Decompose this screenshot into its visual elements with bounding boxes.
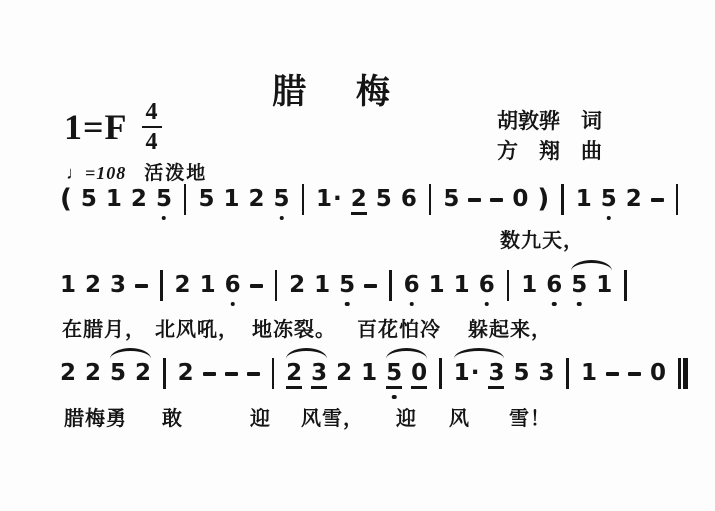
note: 2 [135, 358, 151, 388]
note-digit: 6 [546, 270, 562, 300]
note-digit: 2 [286, 360, 302, 389]
low-octave-dot [392, 395, 397, 400]
note-digit: 0 [650, 358, 666, 388]
note-digit: 2 [85, 270, 101, 300]
duration-dash [606, 372, 619, 376]
note: 5 [601, 184, 617, 214]
augmentation-dot: · [333, 186, 342, 212]
note: 1 [429, 270, 445, 300]
note-digit: 6 [404, 270, 420, 300]
note: 6 [546, 270, 562, 300]
note: 5 [110, 358, 126, 388]
lyric-segment: 敢 [162, 402, 183, 431]
time-signature-denominator: 4 [146, 128, 158, 154]
time-signature-numerator: 4 [142, 100, 162, 128]
note-digit: 6 [225, 270, 241, 300]
slur-group: 50 [386, 358, 427, 389]
note: 2 [85, 358, 101, 388]
lyrics-line-2: 在腊月，北风吼，地冻裂。百花怕冷躲起来， [0, 313, 715, 339]
note: 6 [404, 270, 420, 300]
low-octave-dot [409, 302, 414, 307]
note: 5 [376, 184, 392, 214]
note: 6 [401, 184, 417, 214]
note: 3 [538, 358, 554, 388]
note-digit: 5 [376, 184, 392, 214]
note: 1 [521, 270, 537, 300]
lyric-segment: 雪！ [509, 402, 551, 431]
duration-dash [490, 198, 503, 202]
note-digit: 2 [135, 358, 151, 388]
barline [429, 184, 432, 215]
note-digit: 1 [314, 270, 330, 300]
note-digit: 2 [351, 186, 367, 215]
lyric-segment: 风雪， [301, 402, 364, 431]
key-signature-row: 1=F 4 4 [64, 100, 162, 154]
barline [163, 358, 166, 389]
note: 0 [512, 184, 528, 214]
note-digit: 5 [274, 184, 290, 214]
music-line-2: 12321621561161651 [60, 270, 630, 304]
slur-group: 51 [571, 270, 612, 300]
note: 5 [339, 270, 355, 300]
note-digit: 2 [175, 270, 191, 300]
note-digit: 5 [571, 270, 587, 300]
note-digit: 3 [110, 270, 126, 300]
music-line-1: (512551251·25650)152 [60, 184, 681, 218]
barline [275, 270, 278, 301]
note-digit: 2 [626, 184, 642, 214]
note: 1 [576, 184, 592, 214]
note: 5 [81, 184, 97, 214]
note: 1 [60, 270, 76, 300]
note-digit: 2 [289, 270, 305, 300]
note: 2 [131, 184, 147, 214]
parenthesis: ( [60, 184, 72, 214]
note-digit: 1 [596, 270, 612, 300]
lyric-segment: 风 [449, 402, 470, 431]
note: 3 [110, 270, 126, 300]
note: 2 [60, 358, 76, 388]
note-digit: 3 [538, 358, 554, 388]
lyric-segment: 腊梅勇 [64, 402, 127, 431]
final-barline [678, 358, 688, 389]
sheet-music-page: 腊 梅 1=F 4 4 胡敦骅 词 方 翔 曲 ♩=108 活泼地 (51255… [0, 0, 715, 511]
note-digit: 0 [411, 360, 427, 389]
note: 2 [178, 358, 194, 388]
low-octave-dot [484, 302, 489, 307]
duration-dash [135, 284, 148, 288]
barline [302, 184, 305, 215]
lyric-segment: 躲起来， [468, 313, 552, 342]
barline [439, 358, 442, 389]
note: 6 [225, 270, 241, 300]
duration-dash [468, 198, 481, 202]
note: 5 [571, 270, 587, 300]
parenthesis: ) [537, 184, 549, 214]
note: 1· [454, 358, 480, 389]
note-digit: 1 [454, 358, 470, 388]
lyric-segment: 迎 [250, 402, 271, 431]
note-digit: 5 [156, 184, 172, 214]
note: 5 [156, 184, 172, 214]
note-digit: 5 [81, 184, 97, 214]
note-digit: 6 [401, 184, 417, 214]
note: 2 [248, 184, 264, 214]
credits-block: 胡敦骅 词 方 翔 曲 [497, 106, 637, 167]
note: 2 [336, 358, 352, 388]
lyricist-credit: 胡敦骅 词 [497, 106, 637, 136]
note: 1 [314, 270, 330, 300]
note: 5 [198, 184, 214, 214]
low-octave-dot [607, 216, 612, 221]
note-digit: 1 [223, 184, 239, 214]
barline [507, 270, 510, 301]
slur-group: 23 [286, 358, 327, 389]
note-digit: 1 [581, 358, 597, 388]
low-octave-dot [279, 216, 284, 221]
note-digit: 1 [429, 270, 445, 300]
tempo-marking: ♩=108 [66, 163, 126, 184]
note: 2 [286, 358, 302, 389]
note: 3 [488, 358, 504, 389]
note: 3 [311, 358, 327, 389]
note: 1 [223, 184, 239, 214]
duration-dash [651, 198, 664, 202]
note-digit: 1 [361, 358, 377, 388]
note-digit: 5 [110, 358, 126, 388]
quarter-note-icon: ♩ [66, 163, 85, 183]
note: 0 [411, 358, 427, 389]
note: 0 [650, 358, 666, 388]
barline [676, 184, 679, 215]
note-digit: 1 [576, 184, 592, 214]
augmentation-dot: · [471, 360, 480, 386]
low-octave-dot [577, 302, 582, 307]
note: 5 [513, 358, 529, 388]
lyric-segment: 迎 [396, 402, 417, 431]
low-octave-dot [345, 302, 350, 307]
note: 2 [175, 270, 191, 300]
duration-dash [250, 284, 263, 288]
note: 5 [386, 358, 402, 389]
note: 1 [361, 358, 377, 388]
barline [561, 184, 564, 215]
lyric-segment: 地冻裂。 [252, 313, 336, 342]
note-digit: 2 [131, 184, 147, 214]
note-digit: 2 [178, 358, 194, 388]
slur-group: 52 [110, 358, 151, 388]
key-signature: 1=F [64, 106, 128, 148]
duration-dash [364, 284, 377, 288]
lyric-segment: 数九天， [500, 224, 584, 253]
note-digit: 5 [443, 184, 459, 214]
lyrics-line-3: 腊梅勇敢迎风雪，迎风雪！ [0, 402, 715, 428]
note-digit: 1 [454, 270, 470, 300]
note: 1 [596, 270, 612, 300]
note: 1 [581, 358, 597, 388]
composer-credit: 方 翔 曲 [497, 136, 637, 166]
note-digit: 3 [311, 360, 327, 389]
note-digit: 2 [85, 358, 101, 388]
barline [160, 270, 163, 301]
low-octave-dot [552, 302, 557, 307]
barline [389, 270, 392, 301]
lyric-segment: 北风吼， [155, 313, 239, 342]
tempo-bpm: =108 [85, 163, 126, 183]
lyric-segment: 在腊月， [62, 313, 146, 342]
note-digit: 5 [601, 184, 617, 214]
note-digit: 1 [521, 270, 537, 300]
duration-dash [203, 372, 216, 376]
note: 1 [454, 270, 470, 300]
note-digit: 3 [488, 360, 504, 389]
note-digit: 0 [512, 184, 528, 214]
note-digit: 1 [60, 270, 76, 300]
note-digit: 5 [386, 360, 402, 389]
note: 2 [351, 184, 367, 215]
note-digit: 5 [339, 270, 355, 300]
barline [624, 270, 627, 301]
note: 6 [479, 270, 495, 300]
expression-marking: 活泼地 [144, 158, 207, 185]
note: 2 [626, 184, 642, 214]
note: 5 [443, 184, 459, 214]
barline [566, 358, 569, 389]
note: 5 [274, 184, 290, 214]
tempo-row: ♩=108 活泼地 [66, 158, 207, 185]
note-digit: 5 [513, 358, 529, 388]
note-digit: 2 [248, 184, 264, 214]
low-octave-dot [230, 302, 235, 307]
note: 1 [106, 184, 122, 214]
note-digit: 2 [60, 358, 76, 388]
lyrics-line-1: 数九天， [0, 224, 715, 250]
time-signature: 4 4 [142, 100, 162, 154]
note-digit: 1 [106, 184, 122, 214]
slur-group: 1·3 [454, 358, 505, 389]
note-digit: 5 [198, 184, 214, 214]
duration-dash [628, 372, 641, 376]
note: 2 [85, 270, 101, 300]
note-digit: 6 [479, 270, 495, 300]
barline [272, 358, 275, 389]
barline [184, 184, 187, 215]
note-digit: 2 [336, 358, 352, 388]
lyric-segment: 百花怕冷 [357, 313, 441, 342]
note-digit: 1 [200, 270, 216, 300]
note-digit: 1 [316, 184, 332, 214]
duration-dash [247, 372, 260, 376]
low-octave-dot [162, 216, 167, 221]
music-line-3: 225222321501·35310 [60, 358, 688, 392]
note: 1· [316, 184, 342, 214]
note: 1 [200, 270, 216, 300]
duration-dash [225, 372, 238, 376]
note: 2 [289, 270, 305, 300]
